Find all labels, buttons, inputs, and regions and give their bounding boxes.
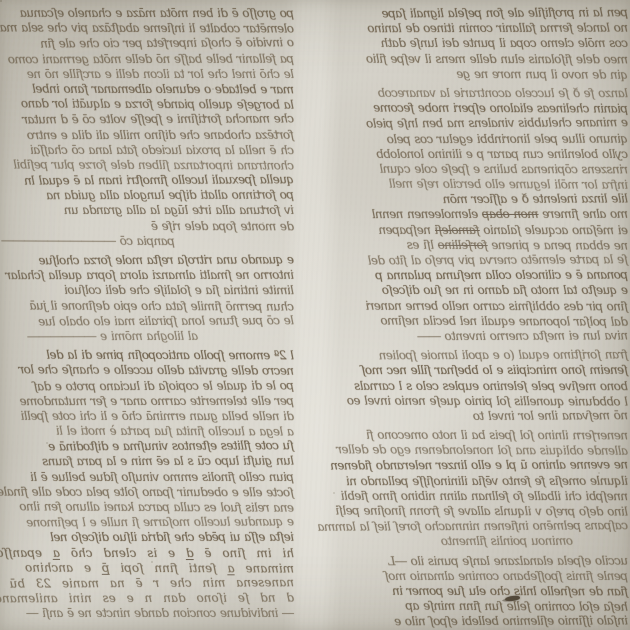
edge-vignette <box>0 0 630 630</box>
manuscript-page: { "page": { "kind": "handwritten manuscr… <box>0 0 630 630</box>
